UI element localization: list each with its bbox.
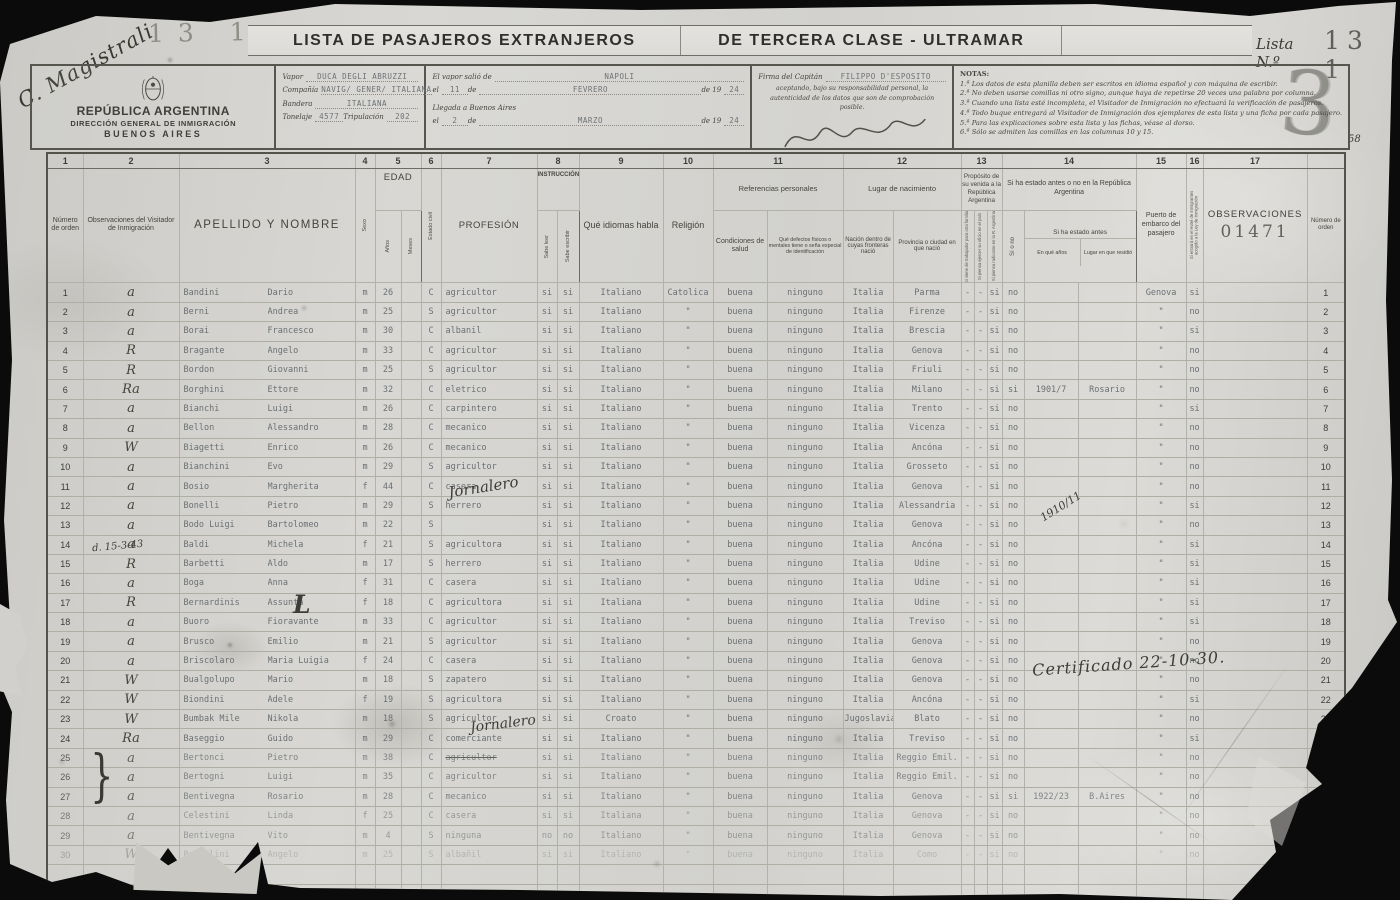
cell-been-before: no [1002, 632, 1024, 651]
issuing-office-box: REPÚBLICA ARGENTINA DIRECCIÓN GENERAL DE… [32, 66, 276, 148]
cell-nation: Italia [843, 613, 893, 632]
cell-surname: Biondini [184, 695, 268, 705]
cell-age-years: 35 [375, 768, 401, 787]
cell-inspector-mark: W [83, 710, 179, 729]
cell-order-number-right: 27 [1307, 787, 1345, 806]
cell-order-number: 2 [47, 302, 83, 321]
cell-age-years: 28 [375, 419, 401, 438]
cell-defects: ninguno [767, 593, 843, 612]
cell-residence-place [1078, 457, 1136, 476]
cell-purpose-2: - [974, 845, 987, 864]
cell-purpose-2: - [974, 574, 987, 593]
cell-purpose-1: - [961, 632, 974, 651]
cell-purpose-3: si [987, 787, 1002, 806]
cell-been-before: no [1002, 690, 1024, 709]
cell-age-years: 32 [375, 380, 401, 399]
cell-age-years: 21 [375, 632, 401, 651]
arrival-month: MARZO [479, 116, 701, 126]
cell-civil-status: C [421, 768, 441, 787]
handwritten-l-mark: L [293, 590, 311, 619]
cell-purpose-3: si [987, 671, 1002, 690]
title-left-segment: LISTA DE PASAJEROS EXTRANJEROS [248, 26, 681, 55]
cell-can-read: si [537, 438, 557, 457]
cell-surname: Bentivegna [184, 792, 268, 802]
cell-hotel-flag: si [1186, 496, 1203, 515]
cell-which-years [1024, 554, 1078, 573]
header-numero-orden-right: Número de orden [1307, 168, 1345, 283]
cell-hotel-flag [1186, 884, 1203, 900]
cell-age-years: 17 [375, 554, 401, 573]
cell-surname: Biagetti [184, 443, 268, 453]
cell-inspector-mark: R [83, 361, 179, 380]
cell-purpose-2: - [974, 787, 987, 806]
cell-profession: agricultor [441, 361, 537, 380]
voyage-box: El vapor salió de NAPOLI el 11 de FEVRER… [426, 66, 752, 148]
cell-health: buena [713, 496, 767, 515]
cell-given-name: Anna [268, 578, 288, 588]
cell-observations [1203, 457, 1307, 476]
cell-residence-place [1078, 419, 1136, 438]
note-item: 3.ª Cuando una lista esté incompleta, el… [960, 99, 1342, 109]
cell-hotel-flag: no [1186, 419, 1203, 438]
cell-purpose-3: si [987, 457, 1002, 476]
cell-embark-port: " [1136, 593, 1186, 612]
cell-sex: m [355, 748, 375, 767]
cell-sex: m [355, 845, 375, 864]
header-sexo: Sexo [355, 168, 375, 283]
cell-order-number: 6 [47, 380, 83, 399]
departure-label: El vapor salió de [432, 73, 491, 81]
cell-health: buena [713, 613, 767, 632]
cell-civil-status: C [421, 806, 441, 825]
departure-port: NAPOLI [495, 72, 744, 82]
cell-embark-port: " [1136, 632, 1186, 651]
cell-order-number: 9 [47, 438, 83, 457]
cell-given-name: Bartolomeo [268, 520, 319, 530]
registry-number-stamp: 01471 [1221, 222, 1290, 242]
passenger-row: 6 Ra BorghiniEttore m 32 C eletrico si s… [47, 380, 1345, 399]
cell-embark-port [1136, 884, 1186, 900]
cell-been-before: no [1002, 826, 1024, 845]
header-proposito: Propósito de su venida a la República Ar… [961, 168, 1002, 210]
departure-day: 11 [442, 85, 468, 95]
cell-which-years [1024, 710, 1078, 729]
cell-hotel-flag: no [1186, 845, 1203, 864]
cell-purpose-2: - [974, 806, 987, 825]
cell-language: Italiano [579, 613, 663, 632]
cell-residence-place [1078, 399, 1136, 418]
cell-order-number-right: 18 [1307, 613, 1345, 632]
cell-which-years [1024, 826, 1078, 845]
cell-been-before: no [1002, 322, 1024, 341]
cell-province: Genova [893, 632, 961, 651]
cell-purpose-2: - [974, 283, 987, 302]
cell-order-number: 21 [47, 671, 83, 690]
cell-religion: " [663, 574, 713, 593]
cell-purpose-1: - [961, 748, 974, 767]
cell-embark-port: " [1136, 438, 1186, 457]
cell-defects: ninguno [767, 302, 843, 321]
cell-hotel-flag: no [1186, 477, 1203, 496]
cell-name: BuoroFioravante [179, 613, 355, 632]
cell-purpose-3: si [987, 302, 1002, 321]
cell-surname: Bellon [184, 423, 268, 433]
cell-purpose-1: - [961, 380, 974, 399]
cell-purpose-1: - [961, 574, 974, 593]
cell-inspector-mark: a [83, 477, 179, 496]
cell-purpose-3: si [987, 651, 1002, 670]
cell-order-number-right [1307, 884, 1345, 900]
cell-province: Como [893, 845, 961, 864]
cell-residence-place [1078, 322, 1136, 341]
cell-which-years [1024, 438, 1078, 457]
cell-can-read: si [537, 632, 557, 651]
cell-language [579, 884, 663, 900]
cell-embark-port: " [1136, 826, 1186, 845]
header-religion: Religión [663, 168, 713, 283]
argentina-crest-icon [140, 75, 166, 103]
passenger-row: 12 a BonelliPietro m 29 S herrero si si … [47, 496, 1345, 515]
cell-health: buena [713, 341, 767, 360]
handwritten-brace-rows27-29: } [90, 744, 113, 809]
cell-name: CelestiniLinda [179, 806, 355, 825]
cell-order-number: 11 [47, 477, 83, 496]
cell-nation: Italia [843, 399, 893, 418]
cell-language: Italiano [579, 671, 663, 690]
cell-observations [1203, 554, 1307, 573]
cell-order-number: 20 [47, 651, 83, 670]
cell-age-months [401, 477, 421, 496]
cell-order-number: 5 [47, 361, 83, 380]
cell-nation: Italia [843, 496, 893, 515]
cell-language: Italiano [579, 845, 663, 864]
cell-purpose-1: - [961, 361, 974, 380]
cell-defects: ninguno [767, 457, 843, 476]
cell-language: Italiano [579, 302, 663, 321]
cell-can-read [537, 884, 557, 900]
header-anos: Años [375, 210, 401, 283]
cell-been-before: no [1002, 671, 1024, 690]
passenger-row: 19 a BruscoEmilio m 21 S agricultor si s… [47, 632, 1345, 651]
cell-can-write: si [557, 496, 579, 515]
el-label: el [432, 86, 438, 94]
arrival-day: 2 [442, 116, 468, 126]
cell-defects: ninguno [767, 516, 843, 535]
cell-can-read: si [537, 748, 557, 767]
cell-health: buena [713, 690, 767, 709]
cell-embark-port: " [1136, 380, 1186, 399]
cell-surname: Bumbak Mile [184, 714, 268, 724]
cell-surname: Bodo Luigi [184, 520, 268, 530]
el-label-2: el [432, 117, 438, 125]
departure-month: FEVRERO [479, 85, 701, 95]
cell-defects: ninguno [767, 826, 843, 845]
cell-order-number-right: 23 [1307, 710, 1345, 729]
cell-purpose-1: - [961, 419, 974, 438]
cell-age-years: 21 [375, 535, 401, 554]
cell-purpose-3: si [987, 826, 1002, 845]
cell-been-before [1002, 884, 1024, 900]
cell-given-name: Emilio [268, 637, 299, 647]
cell-been-before: no [1002, 729, 1024, 748]
cell-province: Trento [893, 399, 961, 418]
col-number: 4 [355, 153, 375, 168]
cell-age-months [401, 341, 421, 360]
cell-residence-place [1078, 613, 1136, 632]
cell-residence-place [1078, 826, 1136, 845]
cell-observations [1203, 419, 1307, 438]
cell-sex: m [355, 361, 375, 380]
cell-age-years: 33 [375, 341, 401, 360]
cell-order-number: 27 [47, 787, 83, 806]
cell-province: Genova [893, 787, 961, 806]
cell-profession: zapatero [441, 671, 537, 690]
passenger-row: 1 a BandiniDario m 26 C agricultor si si… [47, 283, 1345, 302]
cell-province: Genova [893, 341, 961, 360]
cell-religion: " [663, 690, 713, 709]
cell-profession: agricultor [441, 748, 537, 767]
cell-age-years: 18 [375, 710, 401, 729]
cell-name: BoraiFrancesco [179, 322, 355, 341]
cell-nation: Italia [843, 457, 893, 476]
cell-embark-port: " [1136, 806, 1186, 825]
cell-inspector-mark: a [83, 302, 179, 321]
cell-order-number: 12 [47, 496, 83, 515]
cell-order-number-right: 1 [1307, 283, 1345, 302]
cell-province: Alessandria [893, 496, 961, 515]
col-number: 13 [961, 153, 1002, 168]
cell-been-before: no [1002, 496, 1024, 515]
cell-health: buena [713, 516, 767, 535]
cell-health: buena [713, 322, 767, 341]
header-proposito-2: Si piensa ejercer su oficio en el país [974, 210, 987, 283]
cell-age-years: 25 [375, 806, 401, 825]
cell-given-name: Dario [268, 288, 294, 298]
scanned-sheet: 13 1 C. Magistrali LISTA DE PASAJEROS EX… [0, 0, 1400, 900]
header-proposito-3: Si piensa radicarse en la R. Argentina [987, 210, 1002, 283]
cell-purpose-3: si [987, 399, 1002, 418]
cell-defects: ninguno [767, 554, 843, 573]
passenger-row: 5 R BordonGiovanni m 25 S agricultor si … [47, 361, 1345, 380]
cell-inspector-mark: R [83, 554, 179, 573]
cell-province: Brescia [893, 322, 961, 341]
cell-health: buena [713, 671, 767, 690]
cell-been-before: no [1002, 361, 1024, 380]
cell-language: Italiano [579, 690, 663, 709]
cell-can-write [557, 865, 579, 884]
cell-been-before: no [1002, 516, 1024, 535]
cell-given-name: Mario [268, 675, 294, 685]
cell-sex: m [355, 380, 375, 399]
col-number: 6 [421, 153, 441, 168]
cell-observations [1203, 341, 1307, 360]
header-nacion: Nación dentro de cuyas fronteras nació [843, 210, 893, 283]
cell-surname: Bordon [184, 365, 268, 375]
cell-name: BandiniDario [179, 283, 355, 302]
cell-which-years [1024, 361, 1078, 380]
cell-age-months [401, 496, 421, 515]
cell-purpose-3 [987, 865, 1002, 884]
cell-health: buena [713, 748, 767, 767]
cell-nation: Italia [843, 729, 893, 748]
cell-health: buena [713, 574, 767, 593]
cell-health: buena [713, 554, 767, 573]
cell-religion: " [663, 748, 713, 767]
cell-can-write: si [557, 613, 579, 632]
cell-purpose-1: - [961, 496, 974, 515]
cell-profession: agricultor [441, 768, 537, 787]
cell-defects: ninguno [767, 341, 843, 360]
cell-age-months [401, 302, 421, 321]
cell-given-name: Adele [268, 695, 294, 705]
de19-label: de 19 [701, 86, 721, 94]
page-title: LISTA DE PASAJEROS EXTRANJEROS [293, 32, 636, 50]
cell-residence-place [1078, 341, 1136, 360]
cell-can-read: si [537, 768, 557, 787]
cell-age-months [401, 826, 421, 845]
cell-surname: Borai [184, 326, 268, 336]
cell-province: Ancóna [893, 690, 961, 709]
cell-residence-place [1078, 438, 1136, 457]
compania-value: NAVIG/ GENER/ ITALIANA [321, 85, 431, 95]
cell-defects: ninguno [767, 768, 843, 787]
header-sabe-escribir: Sabe escribir [557, 210, 579, 283]
cell-residence-place [1078, 710, 1136, 729]
cell-hotel-flag: no [1186, 748, 1203, 767]
cell-age-years: 44 [375, 477, 401, 496]
cell-health: buena [713, 438, 767, 457]
cell-embark-port: Genova [1136, 283, 1186, 302]
cell-age-months [401, 535, 421, 554]
cell-name: BianchiniEvo [179, 457, 355, 476]
cell-hotel-flag: no [1186, 671, 1203, 690]
tonelaje-label: Tonelaje [282, 113, 312, 121]
cell-age-months [401, 380, 421, 399]
cell-purpose-2 [974, 865, 987, 884]
cell-name: BualgolupoMario [179, 671, 355, 690]
captain-name: FILIPPO D'ESPOSITO [826, 72, 947, 82]
cell-civil-status [421, 865, 441, 884]
cell-language: Italiano [579, 787, 663, 806]
cell-inspector-mark: a [83, 457, 179, 476]
cell-profession: casera [441, 806, 537, 825]
cell-been-before: no [1002, 341, 1024, 360]
cell-purpose-3: si [987, 322, 1002, 341]
cell-civil-status: S [421, 632, 441, 651]
cell-defects: ninguno [767, 361, 843, 380]
cell-surname: Celestini [184, 811, 268, 821]
cell-name: BernardinisAssunta [179, 593, 355, 612]
captain-label: Firma del Capitán [758, 73, 822, 81]
cell-residence-place [1078, 496, 1136, 515]
cell-nation: Italia [843, 477, 893, 496]
cell-religion: " [663, 768, 713, 787]
cell-inspector-mark: a [83, 283, 179, 302]
cell-residence-place [1078, 884, 1136, 900]
cell-purpose-1: - [961, 671, 974, 690]
cell-been-before [1002, 865, 1024, 884]
cell-age-months [401, 748, 421, 767]
cell-civil-status: S [421, 302, 441, 321]
cell-can-read: si [537, 302, 557, 321]
cell-observations [1203, 535, 1307, 554]
cell-civil-status: C [421, 380, 441, 399]
cell-sex: m [355, 671, 375, 690]
cell-religion: " [663, 361, 713, 380]
cell-which-years [1024, 399, 1078, 418]
passenger-row: 27 a BentivegnaRosario m 28 C mecanico s… [47, 787, 1345, 806]
cell-been-before: no [1002, 651, 1024, 670]
passenger-row: 7 a BianchiLuigi m 26 C carpintero si si… [47, 399, 1345, 418]
cell-purpose-3: si [987, 768, 1002, 787]
cell-which-years [1024, 748, 1078, 767]
ship-info-box: Vapor DUCA DEGLI ABRUZZI Compañía NAVIG/… [276, 66, 426, 148]
cell-surname: Borghini [184, 385, 268, 395]
cell-civil-status: C [421, 593, 441, 612]
cell-which-years [1024, 632, 1078, 651]
cell-age-months [401, 283, 421, 302]
cell-hotel-flag: no [1186, 380, 1203, 399]
cell-sex [355, 884, 375, 900]
cell-embark-port: " [1136, 477, 1186, 496]
cell-been-before: no [1002, 613, 1024, 632]
passenger-row: 29 a BentivegnaVito m 4 S ninguna no no … [47, 826, 1345, 845]
cell-order-number-right: 11 [1307, 477, 1345, 496]
cell-order-number: 22 [47, 690, 83, 709]
cell-province: Parma [893, 283, 961, 302]
cell-hotel-flag: si [1186, 729, 1203, 748]
cell-can-write: si [557, 322, 579, 341]
cell-religion: " [663, 613, 713, 632]
cell-inspector-mark: W [83, 671, 179, 690]
org-country: REPÚBLICA ARGENTINA [77, 104, 230, 118]
cell-can-read: si [537, 380, 557, 399]
cell-can-write: no [557, 826, 579, 845]
cell-purpose-3: si [987, 748, 1002, 767]
cell-civil-status: C [421, 613, 441, 632]
cell-name: BruscoEmilio [179, 632, 355, 651]
cell-purpose-1 [961, 865, 974, 884]
cell-religion: " [663, 845, 713, 864]
header-si-o-no: Sí o no [1002, 210, 1024, 283]
cell-nation: Italia [843, 554, 893, 573]
cell-age-years: 18 [375, 671, 401, 690]
col-number-blank [1307, 153, 1345, 168]
cell-hotel-flag: no [1186, 438, 1203, 457]
cell-purpose-2: - [974, 535, 987, 554]
cell-name: BertonciPietro [179, 748, 355, 767]
cell-name: BerniAndrea [179, 302, 355, 321]
cell-purpose-1: - [961, 302, 974, 321]
cell-order-number: 28 [47, 806, 83, 825]
cell-surname: Bianchini [184, 462, 268, 472]
cell-purpose-2 [974, 884, 987, 900]
cell-which-years [1024, 419, 1078, 438]
bandera-value: ITALIANA [315, 99, 418, 109]
cell-language: Italiano [579, 361, 663, 380]
cell-age-years: 31 [375, 574, 401, 593]
cell-nation: Italia [843, 671, 893, 690]
cell-can-read: si [537, 419, 557, 438]
cell-residence-place [1078, 865, 1136, 884]
col-number: 7 [441, 153, 537, 168]
cell-can-write: si [557, 477, 579, 496]
cell-civil-status: C [421, 477, 441, 496]
cell-age-years: 24 [375, 651, 401, 670]
cell-can-read: si [537, 787, 557, 806]
cell-can-read: si [537, 671, 557, 690]
cell-hotel-flag: si [1186, 613, 1203, 632]
